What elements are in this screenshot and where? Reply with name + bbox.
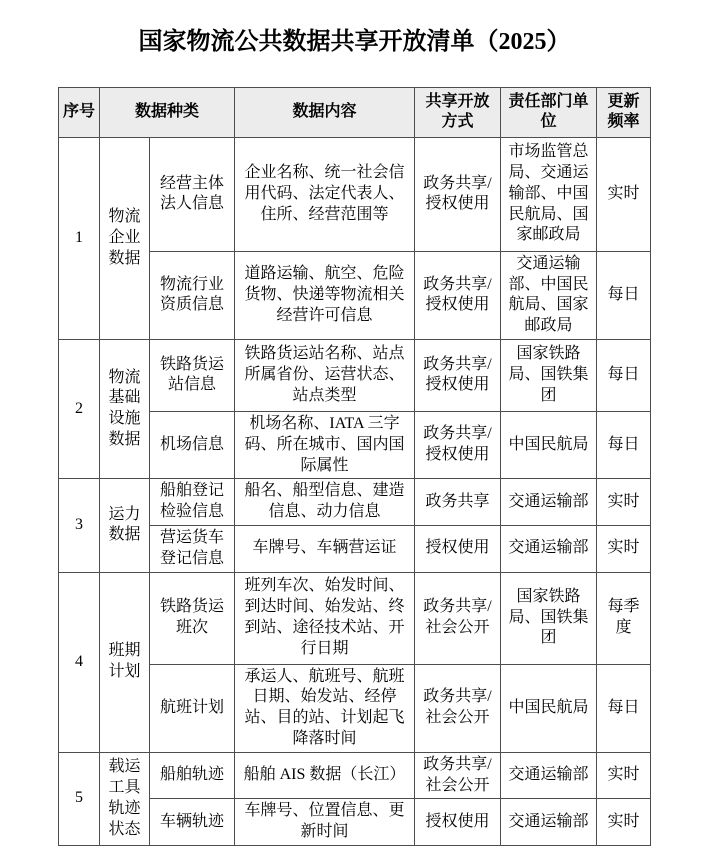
cell-subtype: 经营主体法人信息: [149, 137, 234, 251]
cell-content: 企业名称、统一社会信用代码、法定代表人、住所、经营范围等: [235, 137, 415, 251]
cell-sharing-mode: 政务共享/社会公开: [415, 752, 501, 799]
cell-sharing-mode: 政务共享/授权使用: [415, 411, 501, 478]
cell-department: 市场监管总局、交通运输部、中国民航局、国家邮政局: [501, 137, 597, 251]
table-row: 3运力数据船舶登记检验信息船名、船型信息、建造信息、动力信息政务共享交通运输部实…: [58, 479, 650, 526]
cell-frequency: 实时: [597, 137, 651, 251]
cell-department: 交通运输部: [501, 799, 597, 846]
cell-frequency: 实时: [597, 752, 651, 799]
cell-sharing-mode: 政务共享/授权使用: [415, 339, 501, 411]
table-body: 1物流企业数据经营主体法人信息企业名称、统一社会信用代码、法定代表人、住所、经营…: [58, 137, 650, 845]
col-header-sharing-mode: 共享开放方式: [415, 87, 501, 137]
cell-frequency: 每日: [597, 411, 651, 478]
cell-frequency: 每日: [597, 664, 651, 752]
cell-content: 车牌号、位置信息、更新时间: [235, 799, 415, 846]
page-title: 国家物流公共数据共享开放清单（2025）: [0, 28, 709, 57]
cell-sharing-mode: 授权使用: [415, 799, 501, 846]
cell-sharing-mode: 政务共享/授权使用: [415, 251, 501, 339]
cell-subtype: 船舶轨迹: [149, 752, 234, 799]
data-table: 序号 数据种类 数据内容 共享开放方式 责任部门单位 更新频率 1物流企业数据经…: [58, 87, 651, 846]
cell-subtype: 物流行业资质信息: [149, 251, 234, 339]
cell-serial-number: 4: [58, 572, 99, 752]
cell-serial-number: 3: [58, 479, 99, 572]
cell-serial-number: 5: [58, 752, 99, 845]
cell-content: 承运人、航班号、航班日期、始发站、经停站、目的站、计划起飞降落时间: [235, 664, 415, 752]
cell-sharing-mode: 政务共享/社会公开: [415, 572, 501, 664]
cell-subtype: 铁路货运班次: [149, 572, 234, 664]
cell-subtype: 铁路货运站信息: [149, 339, 234, 411]
cell-frequency: 实时: [597, 479, 651, 526]
cell-content: 船名、船型信息、建造信息、动力信息: [235, 479, 415, 526]
cell-category: 物流基础设施数据: [99, 339, 149, 478]
cell-frequency: 每日: [597, 339, 651, 411]
table-row: 5载运工具轨迹状态船舶轨迹船舶 AIS 数据（长江）政务共享/社会公开交通运输部…: [58, 752, 650, 799]
cell-category: 班期计划: [99, 572, 149, 752]
cell-category: 物流企业数据: [99, 137, 149, 339]
cell-content: 道路运输、航空、危险货物、快递等物流相关经营许可信息: [235, 251, 415, 339]
cell-serial-number: 2: [58, 339, 99, 478]
cell-frequency: 每日: [597, 251, 651, 339]
document-page: 国家物流公共数据共享开放清单（2025） 序号 数据种类 数据内容 共享开放方式…: [0, 0, 709, 848]
cell-department: 国家铁路局、国铁集团: [501, 339, 597, 411]
col-header-content: 数据内容: [235, 87, 415, 137]
table-row: 4班期计划铁路货运班次班列车次、始发时间、到达时间、始发站、终到站、途径技术站、…: [58, 572, 650, 664]
col-header-frequency: 更新频率: [597, 87, 651, 137]
cell-department: 中国民航局: [501, 411, 597, 478]
cell-subtype: 营运货车登记信息: [149, 525, 234, 572]
cell-department: 交通运输部: [501, 525, 597, 572]
cell-frequency: 实时: [597, 525, 651, 572]
cell-sharing-mode: 政务共享/社会公开: [415, 664, 501, 752]
cell-category: 载运工具轨迹状态: [99, 752, 149, 845]
col-header-department: 责任部门单位: [501, 87, 597, 137]
cell-content: 车牌号、车辆营运证: [235, 525, 415, 572]
table-header-row: 序号 数据种类 数据内容 共享开放方式 责任部门单位 更新频率: [58, 87, 650, 137]
cell-department: 交通运输部: [501, 752, 597, 799]
cell-content: 机场名称、IATA 三字码、所在城市、国内国际属性: [235, 411, 415, 478]
cell-sharing-mode: 授权使用: [415, 525, 501, 572]
cell-content: 班列车次、始发时间、到达时间、始发站、终到站、途径技术站、开行日期: [235, 572, 415, 664]
cell-department: 交通运输部: [501, 479, 597, 526]
cell-category: 运力数据: [99, 479, 149, 572]
cell-department: 交通运输部、中国民航局、国家邮政局: [501, 251, 597, 339]
cell-frequency: 实时: [597, 799, 651, 846]
cell-sharing-mode: 政务共享: [415, 479, 501, 526]
table-row: 1物流企业数据经营主体法人信息企业名称、统一社会信用代码、法定代表人、住所、经营…: [58, 137, 650, 251]
cell-subtype: 机场信息: [149, 411, 234, 478]
table-header: 序号 数据种类 数据内容 共享开放方式 责任部门单位 更新频率: [58, 87, 650, 137]
col-header-serial-number: 序号: [58, 87, 99, 137]
cell-content: 船舶 AIS 数据（长江）: [235, 752, 415, 799]
col-header-category: 数据种类: [99, 87, 234, 137]
cell-serial-number: 1: [58, 137, 99, 339]
table-row: 2物流基础设施数据铁路货运站信息铁路货运站名称、站点所属省份、运营状态、站点类型…: [58, 339, 650, 411]
cell-subtype: 车辆轨迹: [149, 799, 234, 846]
cell-content: 铁路货运站名称、站点所属省份、运营状态、站点类型: [235, 339, 415, 411]
cell-department: 中国民航局: [501, 664, 597, 752]
cell-sharing-mode: 政务共享/授权使用: [415, 137, 501, 251]
cell-department: 国家铁路局、国铁集团: [501, 572, 597, 664]
cell-subtype: 船舶登记检验信息: [149, 479, 234, 526]
cell-subtype: 航班计划: [149, 664, 234, 752]
cell-frequency: 每季度: [597, 572, 651, 664]
